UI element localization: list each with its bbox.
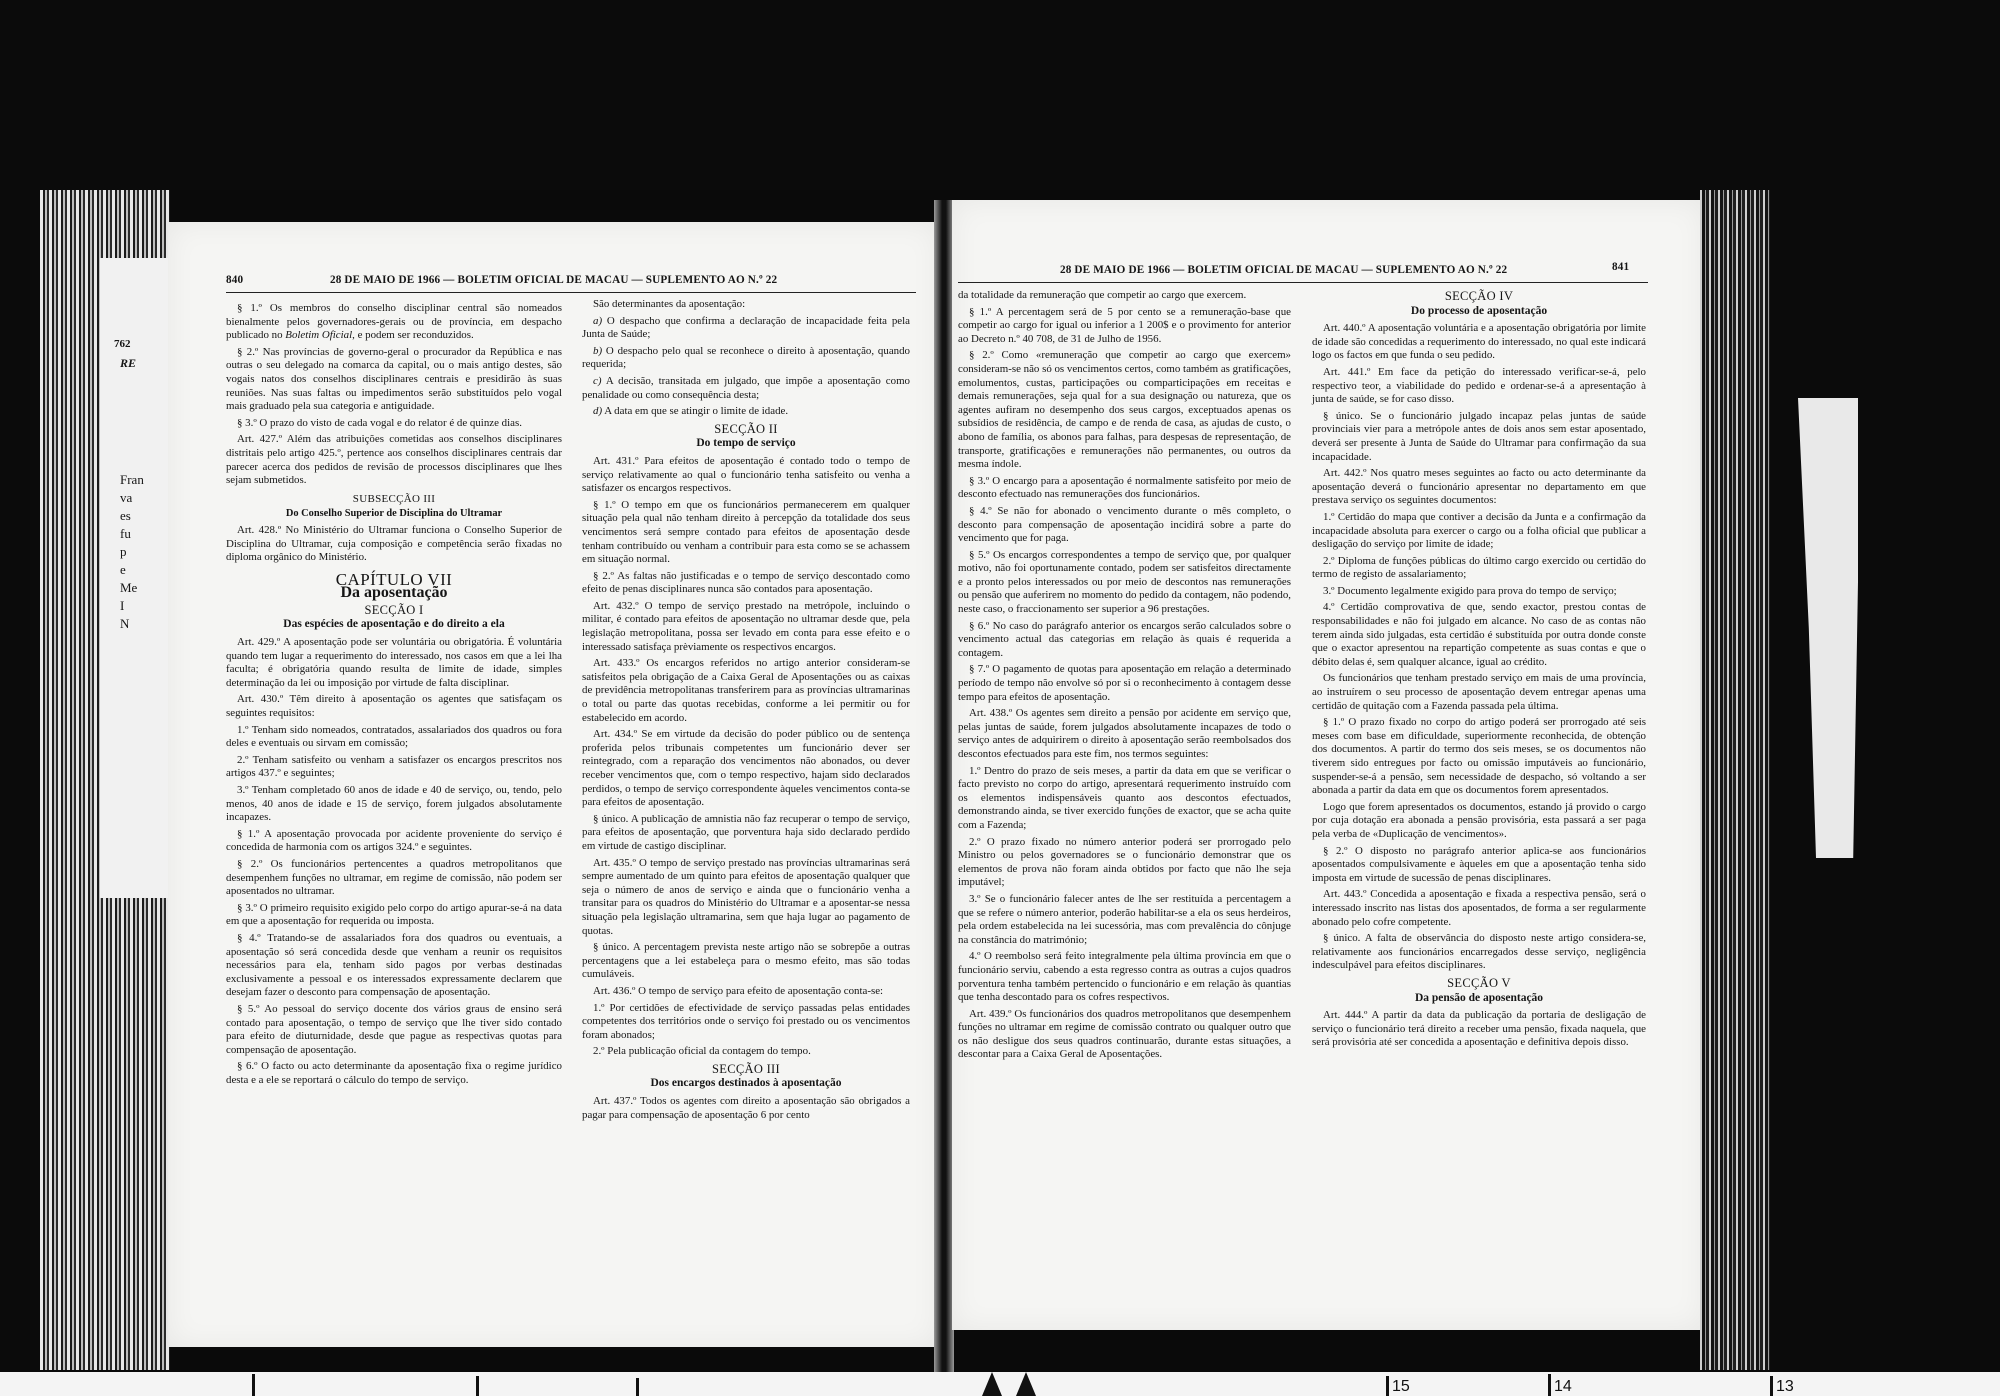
film-strip-bottom: 15 14 13 (0, 1372, 2000, 1396)
section-title: Do processo de aposentação (1312, 305, 1646, 319)
section-title: Das espécies de aposentação e do direito… (226, 618, 562, 632)
right-page-column-2: SECÇÃO IVDo processo de aposentaçãoArt. … (1312, 286, 1646, 1053)
paragraph: § 6.º O facto ou acto determinante da ap… (226, 1060, 562, 1087)
paragraph: Art. 441.º Em face da petição do interes… (1312, 366, 1646, 407)
paragraph: b) O despacho pelo qual se reconhece o d… (582, 345, 910, 372)
previous-page-text-fragment: p (120, 544, 127, 560)
publication-title: Boletim Oficial (285, 329, 352, 341)
left-page-number: 840 (226, 274, 243, 286)
paragraph: § 2.º O disposto no parágrafo anterior a… (1312, 845, 1646, 886)
paragraph: Art. 444.º A partir da data da publicaçã… (1312, 1009, 1646, 1050)
paragraph: Art. 431.º Para efeitos de aposentação é… (582, 455, 910, 496)
paragraph: § único. A falta de observância do dispo… (1312, 932, 1646, 973)
paragraph: § 6.º No caso do parágrafo anterior os e… (958, 620, 1291, 661)
paragraph: § 3.º O encargo para a aposentação é nor… (958, 475, 1291, 502)
film-mark-label: 14 (1554, 1378, 1572, 1396)
paragraph: § 4.º Se não for abonado o vencimento du… (958, 505, 1291, 546)
paragraph: c) A decisão, transitada em julgado, que… (582, 375, 910, 402)
paragraph: 3.º Tenham completado 60 anos de idade e… (226, 784, 562, 825)
paragraph: § 1.º O tempo em que os funcionários per… (582, 499, 910, 567)
paragraph: 2.º Tenham satisfeito ou venham a satisf… (226, 754, 562, 781)
paragraph: d) A data em que se atingir o limite de … (582, 405, 910, 419)
section-heading: SECÇÃO IV (1312, 290, 1646, 304)
paragraph: § 2.º Nas províncias de governo-geral o … (226, 346, 562, 414)
paragraph: 2.º O prazo fixado no número anterior po… (958, 836, 1291, 890)
paragraph: Art. 434.º Se em virtude da decisão do p… (582, 728, 910, 810)
paragraph: Art. 430.º Têm direito à aposentação os … (226, 693, 562, 720)
section-heading: SECÇÃO V (1312, 977, 1646, 991)
enumerator: d) (593, 405, 602, 417)
paragraph: Os funcionários que tenham prestado serv… (1312, 672, 1646, 713)
section-heading: SECÇÃO II (582, 423, 910, 437)
paragraph: § 2.º Os funcionários pertencentes a qua… (226, 858, 562, 899)
paragraph: Art. 439.º Os funcionários dos quadros m… (958, 1008, 1291, 1062)
film-mark (1548, 1374, 1551, 1396)
paragraph: Art. 437.º Todos os agentes com direito … (582, 1095, 910, 1122)
section-title: Do tempo de serviço (582, 437, 910, 451)
previous-page-text-fragment: I (120, 598, 124, 614)
section-title: Dos encargos destinados à aposentação (582, 1077, 910, 1091)
previous-page-text-fragment: es (120, 508, 131, 524)
film-mark-label: 15 (1392, 1378, 1410, 1396)
film-mark (1386, 1376, 1389, 1396)
subsection-heading: SUBSECÇÃO III (226, 493, 562, 507)
previous-page-heading: RE (120, 356, 136, 371)
paragraph: 3.º Documento legalmente exigido para pr… (1312, 585, 1646, 599)
previous-page-text-fragment: Me (120, 580, 137, 596)
paragraph: § 2.º Como «remuneração que competir ao … (958, 349, 1291, 471)
paragraph: § único. A percentagem prevista neste ar… (582, 941, 910, 982)
enumerator: a) (593, 315, 602, 327)
paragraph: § 3.º O prazo do visto de cada vogal e d… (226, 417, 562, 431)
right-header-rule (958, 282, 1648, 283)
paragraph: § único. Se o funcionário julgado incapa… (1312, 410, 1646, 464)
previous-page-text-fragment: va (120, 490, 132, 506)
left-running-head: 28 DE MAIO DE 1966 — BOLETIM OFICIAL DE … (330, 274, 777, 286)
paragraph: § 1.º A percentagem será de 5 por cento … (958, 306, 1291, 347)
paragraph: Art. 438.º Os agentes sem direito a pens… (958, 707, 1291, 761)
film-mark (252, 1374, 255, 1396)
paragraph: § 4.º Tratando-se de assalariados fora d… (226, 932, 562, 1000)
previous-page-text-fragment: Fran (120, 472, 144, 488)
right-running-head: 28 DE MAIO DE 1966 — BOLETIM OFICIAL DE … (1060, 264, 1507, 276)
paragraph: § 5.º Ao pessoal do serviço docente dos … (226, 1003, 562, 1057)
film-mark (1770, 1376, 1773, 1396)
previous-page-number: 762 (114, 338, 131, 350)
film-arrow-mark (1016, 1372, 1036, 1396)
previous-page-text-fragment: N (120, 616, 129, 632)
paragraph: Logo que forem apresentados os documento… (1312, 801, 1646, 842)
paragraph: Art. 442.º Nos quatro meses seguintes ao… (1312, 467, 1646, 508)
paragraph: Art. 435.º O tempo de serviço prestado n… (582, 857, 910, 939)
enumerator: c) (593, 375, 601, 387)
right-page-number: 841 (1612, 261, 1629, 273)
previous-page-fragment: 762 RE FranvaesfupeMeIN (100, 258, 170, 898)
paragraph: 4.º O reembolso será feito integralmente… (958, 950, 1291, 1004)
scan-right-border (1770, 190, 2000, 1372)
paragraph: 1.º Dentro do prazo de seis meses, a par… (958, 765, 1291, 833)
film-mark-label: 13 (1776, 1378, 1794, 1396)
paragraph: da totalidade da remuneração que competi… (958, 289, 1291, 303)
paragraph: Art. 432.º O tempo de serviço prestado n… (582, 600, 910, 654)
paragraph: Art. 443.º Concedida a aposentação e fix… (1312, 888, 1646, 929)
paragraph: 2.º Diploma de funções públicas do últim… (1312, 555, 1646, 582)
paragraph: 4.º Certidão comprovativa de que, sendo … (1312, 601, 1646, 669)
right-page-stack-edge (1700, 190, 1770, 1370)
enumerator: b) (593, 345, 602, 357)
chapter-title: Da aposentação (226, 586, 562, 600)
microfilm-scan: 762 RE FranvaesfupeMeIN 840 28 DE MAIO D… (0, 0, 2000, 1396)
film-mark (636, 1378, 639, 1396)
paragraph: 1.º Tenham sido nomeados, contratados, a… (226, 724, 562, 751)
paragraph: § 1.º O prazo fixado no corpo do artigo … (1312, 716, 1646, 798)
left-page-column-1: § 1.º Os membros do conselho disciplinar… (226, 302, 562, 1090)
section-heading: SECÇÃO III (582, 1063, 910, 1077)
scan-top-border (0, 0, 2000, 190)
paragraph: a) O despacho que confirma a declaração … (582, 315, 910, 342)
paragraph: § 5.º Os encargos correspondentes a temp… (958, 549, 1291, 617)
film-arrow-mark (982, 1372, 1002, 1396)
paragraph: Art. 427.º Além das atribuições cometida… (226, 433, 562, 487)
left-header-rule (226, 292, 916, 293)
paragraph: Art. 436.º O tempo de serviço para efeit… (582, 985, 910, 999)
paragraph: § 1.º Os membros do conselho disciplinar… (226, 302, 562, 343)
paragraph: Art. 428.º No Ministério do Ultramar fun… (226, 524, 562, 565)
paragraph: 3.º Se o funcionário falecer antes de lh… (958, 893, 1291, 947)
paragraph: São determinantes da aposentação: (582, 298, 910, 312)
paragraph: 1.º Por certidões de efectividade de ser… (582, 1002, 910, 1043)
paragraph: 2.º Pela publicação oficial da contagem … (582, 1045, 910, 1059)
paragraph: Art. 433.º Os encargos referidos no arti… (582, 657, 910, 725)
paragraph: § único. A publicação de amnistia não fa… (582, 813, 910, 854)
paragraph: § 1.º A aposentação provocada por aciden… (226, 828, 562, 855)
section-heading: SECÇÃO I (226, 604, 562, 618)
paragraph: § 2.º As faltas não justificadas e o tem… (582, 570, 910, 597)
paragraph: § 3.º O primeiro requisito exigido pelo … (226, 902, 562, 929)
paragraph: 1.º Certidão do mapa que contiver a deci… (1312, 511, 1646, 552)
book-gutter (934, 200, 954, 1372)
paragraph: Art. 440.º A aposentação voluntária e a … (1312, 322, 1646, 363)
left-page-column-2: São determinantes da aposentação:a) O de… (582, 298, 910, 1125)
previous-page-text-fragment: fu (120, 526, 131, 542)
right-page-column-1: da totalidade da remuneração que competi… (958, 289, 1291, 1065)
paragraph: § 7.º O pagamento de quotas para aposent… (958, 663, 1291, 704)
subsection-title: Do Conselho Superior de Disciplina do Ul… (226, 507, 562, 521)
previous-page-text-fragment: e (120, 562, 126, 578)
paragraph: Art. 429.º A aposentação pode ser volunt… (226, 636, 562, 690)
film-mark (476, 1376, 479, 1396)
section-title: Da pensão de aposentação (1312, 992, 1646, 1006)
